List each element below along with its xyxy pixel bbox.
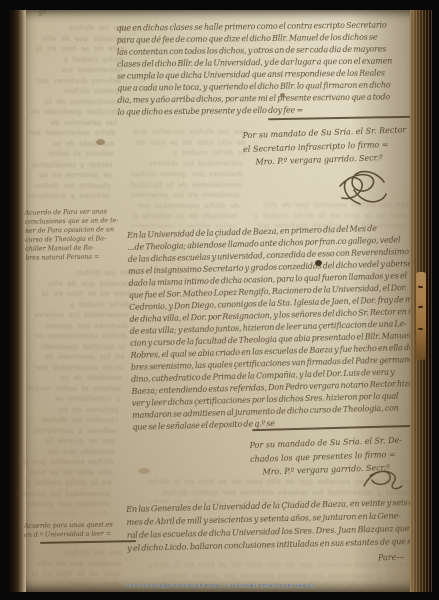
entry-paragraph-3: En las Generales de la Universidad de la… bbox=[126, 496, 419, 555]
bleedthrough-text: sen las dichas escuelas que de ello ante… bbox=[119, 127, 248, 227]
bleedthrough-text: sen las dichas escuelas que de ello ante… bbox=[17, 23, 128, 203]
folio-mark: Sª bbox=[38, 10, 46, 18]
signature-block-1: Por su mandato de Su Sría. el Sr. Rector… bbox=[242, 123, 423, 170]
manuscript-photo: sen las dichas escuelas que de ello ante… bbox=[0, 0, 439, 600]
notarial-rubric-icon bbox=[330, 166, 394, 210]
bleedthrough-text: sen las dichas escuelas que de ello ante… bbox=[24, 548, 123, 586]
paper-stain bbox=[138, 468, 150, 474]
notarial-rubric-icon bbox=[358, 466, 404, 494]
catchword: Pare— bbox=[378, 553, 405, 563]
archive-watermark-caption: Archivo de la Antigua Universidad de Bae… bbox=[88, 583, 351, 588]
margin-note-1: Acuerdo de Para ver unas conclusiones qu… bbox=[25, 207, 122, 263]
entry-paragraph-1: que en dichas clases se halle primero co… bbox=[116, 19, 416, 119]
margin-note-line: en d.ª Universidad a leer = bbox=[24, 529, 134, 540]
margin-note-2: Acuerdo para unas quest.es en d.ª Univer… bbox=[24, 520, 134, 540]
fore-edge-pages bbox=[410, 10, 433, 592]
margin-note-line: bres natural Persona = bbox=[25, 252, 121, 263]
paper-stain bbox=[96, 139, 105, 145]
facing-page-sliver bbox=[416, 272, 426, 360]
entry-paragraph-2: En la Universidad de la çiudad de Baeza,… bbox=[127, 222, 423, 434]
